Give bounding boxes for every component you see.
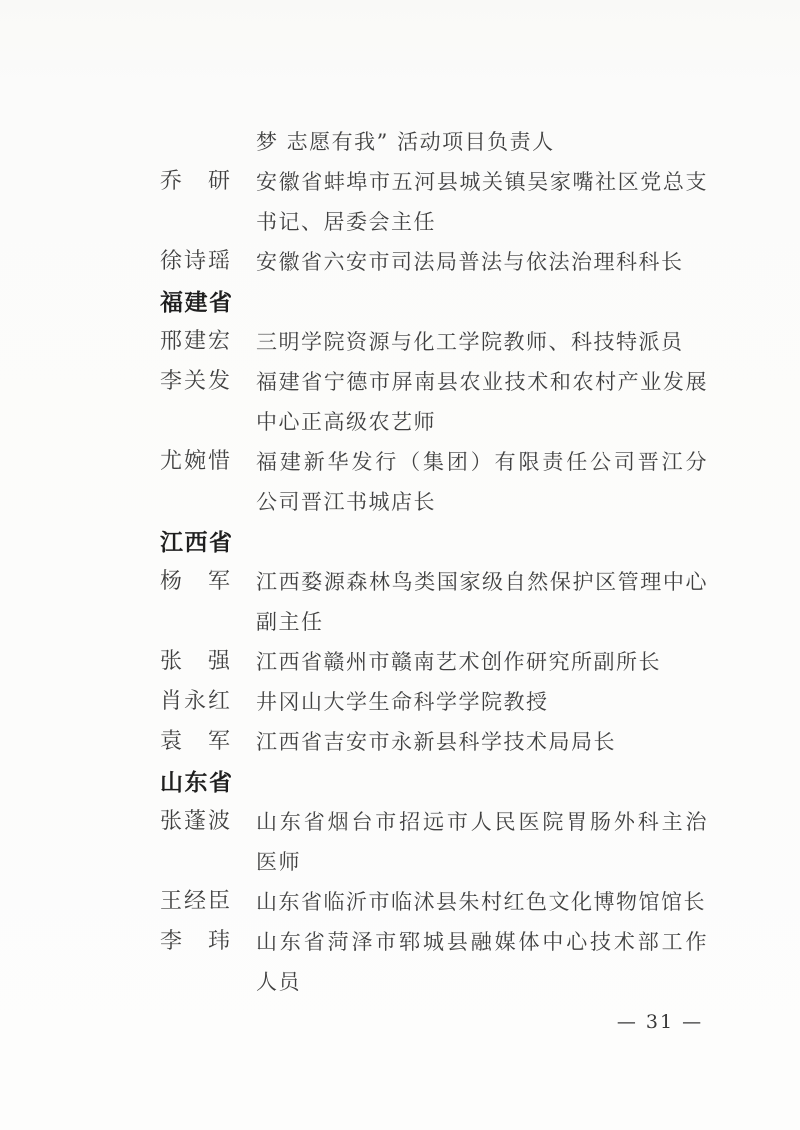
entry-row: 邢建宏三明学院资源与化工学院教师、科技特派员 — [160, 322, 712, 362]
entry-row: 张蓬波山东省烟台市招远市人民医院胃肠外科主治医师 — [160, 802, 712, 882]
desc-line: 医师 — [256, 842, 708, 882]
section-header: 江西省 — [160, 522, 712, 562]
person-name: 徐诗瑶 — [160, 242, 256, 282]
person-title: 安徽省六安市司法局普法与依法治理科科长 — [256, 242, 708, 282]
desc-line: 安徽省六安市司法局普法与依法治理科科长 — [256, 242, 708, 282]
entry-row: 尤婉惜福建新华发行（集团）有限责任公司晋江分公司晋江书城店长 — [160, 442, 712, 522]
entry-row: 李 玮山东省菏泽市郓城县融媒体中心技术部工作人员 — [160, 922, 712, 1002]
person-name: 王经臣 — [160, 882, 256, 922]
entry-row: 袁 军江西省吉安市永新县科学技术局局长 — [160, 722, 712, 762]
desc-line: 江西省吉安市永新县科学技术局局长 — [256, 722, 708, 762]
person-title: 井冈山大学生命科学学院教授 — [256, 682, 708, 722]
person-title: 福建省宁德市屏南县农业技术和农村产业发展中心正高级农艺师 — [256, 362, 708, 442]
person-title: 山东省菏泽市郓城县融媒体中心技术部工作人员 — [256, 922, 708, 1002]
page-number: — 31 — — [560, 1011, 760, 1033]
person-name: 杨 军 — [160, 562, 256, 602]
person-name: 张 强 — [160, 642, 256, 682]
entry-row: 李关发福建省宁德市屏南县农业技术和农村产业发展中心正高级农艺师 — [160, 362, 712, 442]
desc-line: 书记、居委会主任 — [256, 202, 708, 242]
person-name: 肖永红 — [160, 682, 256, 722]
person-title: 福建新华发行（集团）有限责任公司晋江分公司晋江书城店长 — [256, 442, 708, 522]
desc-line: 中心正高级农艺师 — [256, 402, 708, 442]
document-page: 梦 志愿有我” 活动项目负责人乔 研安徽省蚌埠市五河县城关镇吴家嘴社区党总支书记… — [0, 0, 800, 1130]
desc-line: 山东省菏泽市郓城县融媒体中心技术部工作 — [256, 922, 708, 962]
entry-row: 杨 军江西婺源森林鸟类国家级自然保护区管理中心副主任 — [160, 562, 712, 642]
desc-line: 安徽省蚌埠市五河县城关镇吴家嘴社区党总支 — [256, 162, 708, 202]
person-title: 江西婺源森林鸟类国家级自然保护区管理中心副主任 — [256, 562, 708, 642]
person-name: 乔 研 — [160, 162, 256, 202]
desc-line: 井冈山大学生命科学学院教授 — [256, 682, 708, 722]
person-title: 梦 志愿有我” 活动项目负责人 — [256, 122, 708, 162]
person-title: 江西省赣州市赣南艺术创作研究所副所长 — [256, 642, 708, 682]
desc-line: 江西省赣州市赣南艺术创作研究所副所长 — [256, 642, 708, 682]
entry-row: 张 强江西省赣州市赣南艺术创作研究所副所长 — [160, 642, 712, 682]
person-name: 邢建宏 — [160, 322, 256, 362]
desc-line: 三明学院资源与化工学院教师、科技特派员 — [256, 322, 708, 362]
person-title: 江西省吉安市永新县科学技术局局长 — [256, 722, 708, 762]
entry-row: 肖永红井冈山大学生命科学学院教授 — [160, 682, 712, 722]
desc-line: 梦 志愿有我” 活动项目负责人 — [256, 122, 708, 162]
section-header: 山东省 — [160, 762, 712, 802]
person-title: 三明学院资源与化工学院教师、科技特派员 — [256, 322, 708, 362]
person-name: 李 玮 — [160, 922, 256, 962]
desc-line: 福建省宁德市屏南县农业技术和农村产业发展 — [256, 362, 708, 402]
document-body: 梦 志愿有我” 活动项目负责人乔 研安徽省蚌埠市五河县城关镇吴家嘴社区党总支书记… — [160, 122, 712, 1002]
section-header: 福建省 — [160, 282, 712, 322]
desc-line: 福建新华发行（集团）有限责任公司晋江分 — [256, 442, 708, 482]
entry-row: 徐诗瑶安徽省六安市司法局普法与依法治理科科长 — [160, 242, 712, 282]
entry-row: 王经臣山东省临沂市临沭县朱村红色文化博物馆馆长 — [160, 882, 712, 922]
desc-line: 山东省烟台市招远市人民医院胃肠外科主治 — [256, 802, 708, 842]
desc-line: 江西婺源森林鸟类国家级自然保护区管理中心 — [256, 562, 708, 602]
desc-line: 人员 — [256, 962, 708, 1002]
person-title: 山东省临沂市临沭县朱村红色文化博物馆馆长 — [256, 882, 708, 922]
person-name: 李关发 — [160, 362, 256, 402]
person-title: 山东省烟台市招远市人民医院胃肠外科主治医师 — [256, 802, 708, 882]
desc-line: 山东省临沂市临沭县朱村红色文化博物馆馆长 — [256, 882, 708, 922]
entry-row: 乔 研安徽省蚌埠市五河县城关镇吴家嘴社区党总支书记、居委会主任 — [160, 162, 712, 242]
desc-line: 副主任 — [256, 602, 708, 642]
person-name: 张蓬波 — [160, 802, 256, 842]
person-title: 安徽省蚌埠市五河县城关镇吴家嘴社区党总支书记、居委会主任 — [256, 162, 708, 242]
person-name: 袁 军 — [160, 722, 256, 762]
person-name: 尤婉惜 — [160, 442, 256, 482]
desc-line: 公司晋江书城店长 — [256, 482, 708, 522]
continuation-row: 梦 志愿有我” 活动项目负责人 — [160, 122, 712, 162]
